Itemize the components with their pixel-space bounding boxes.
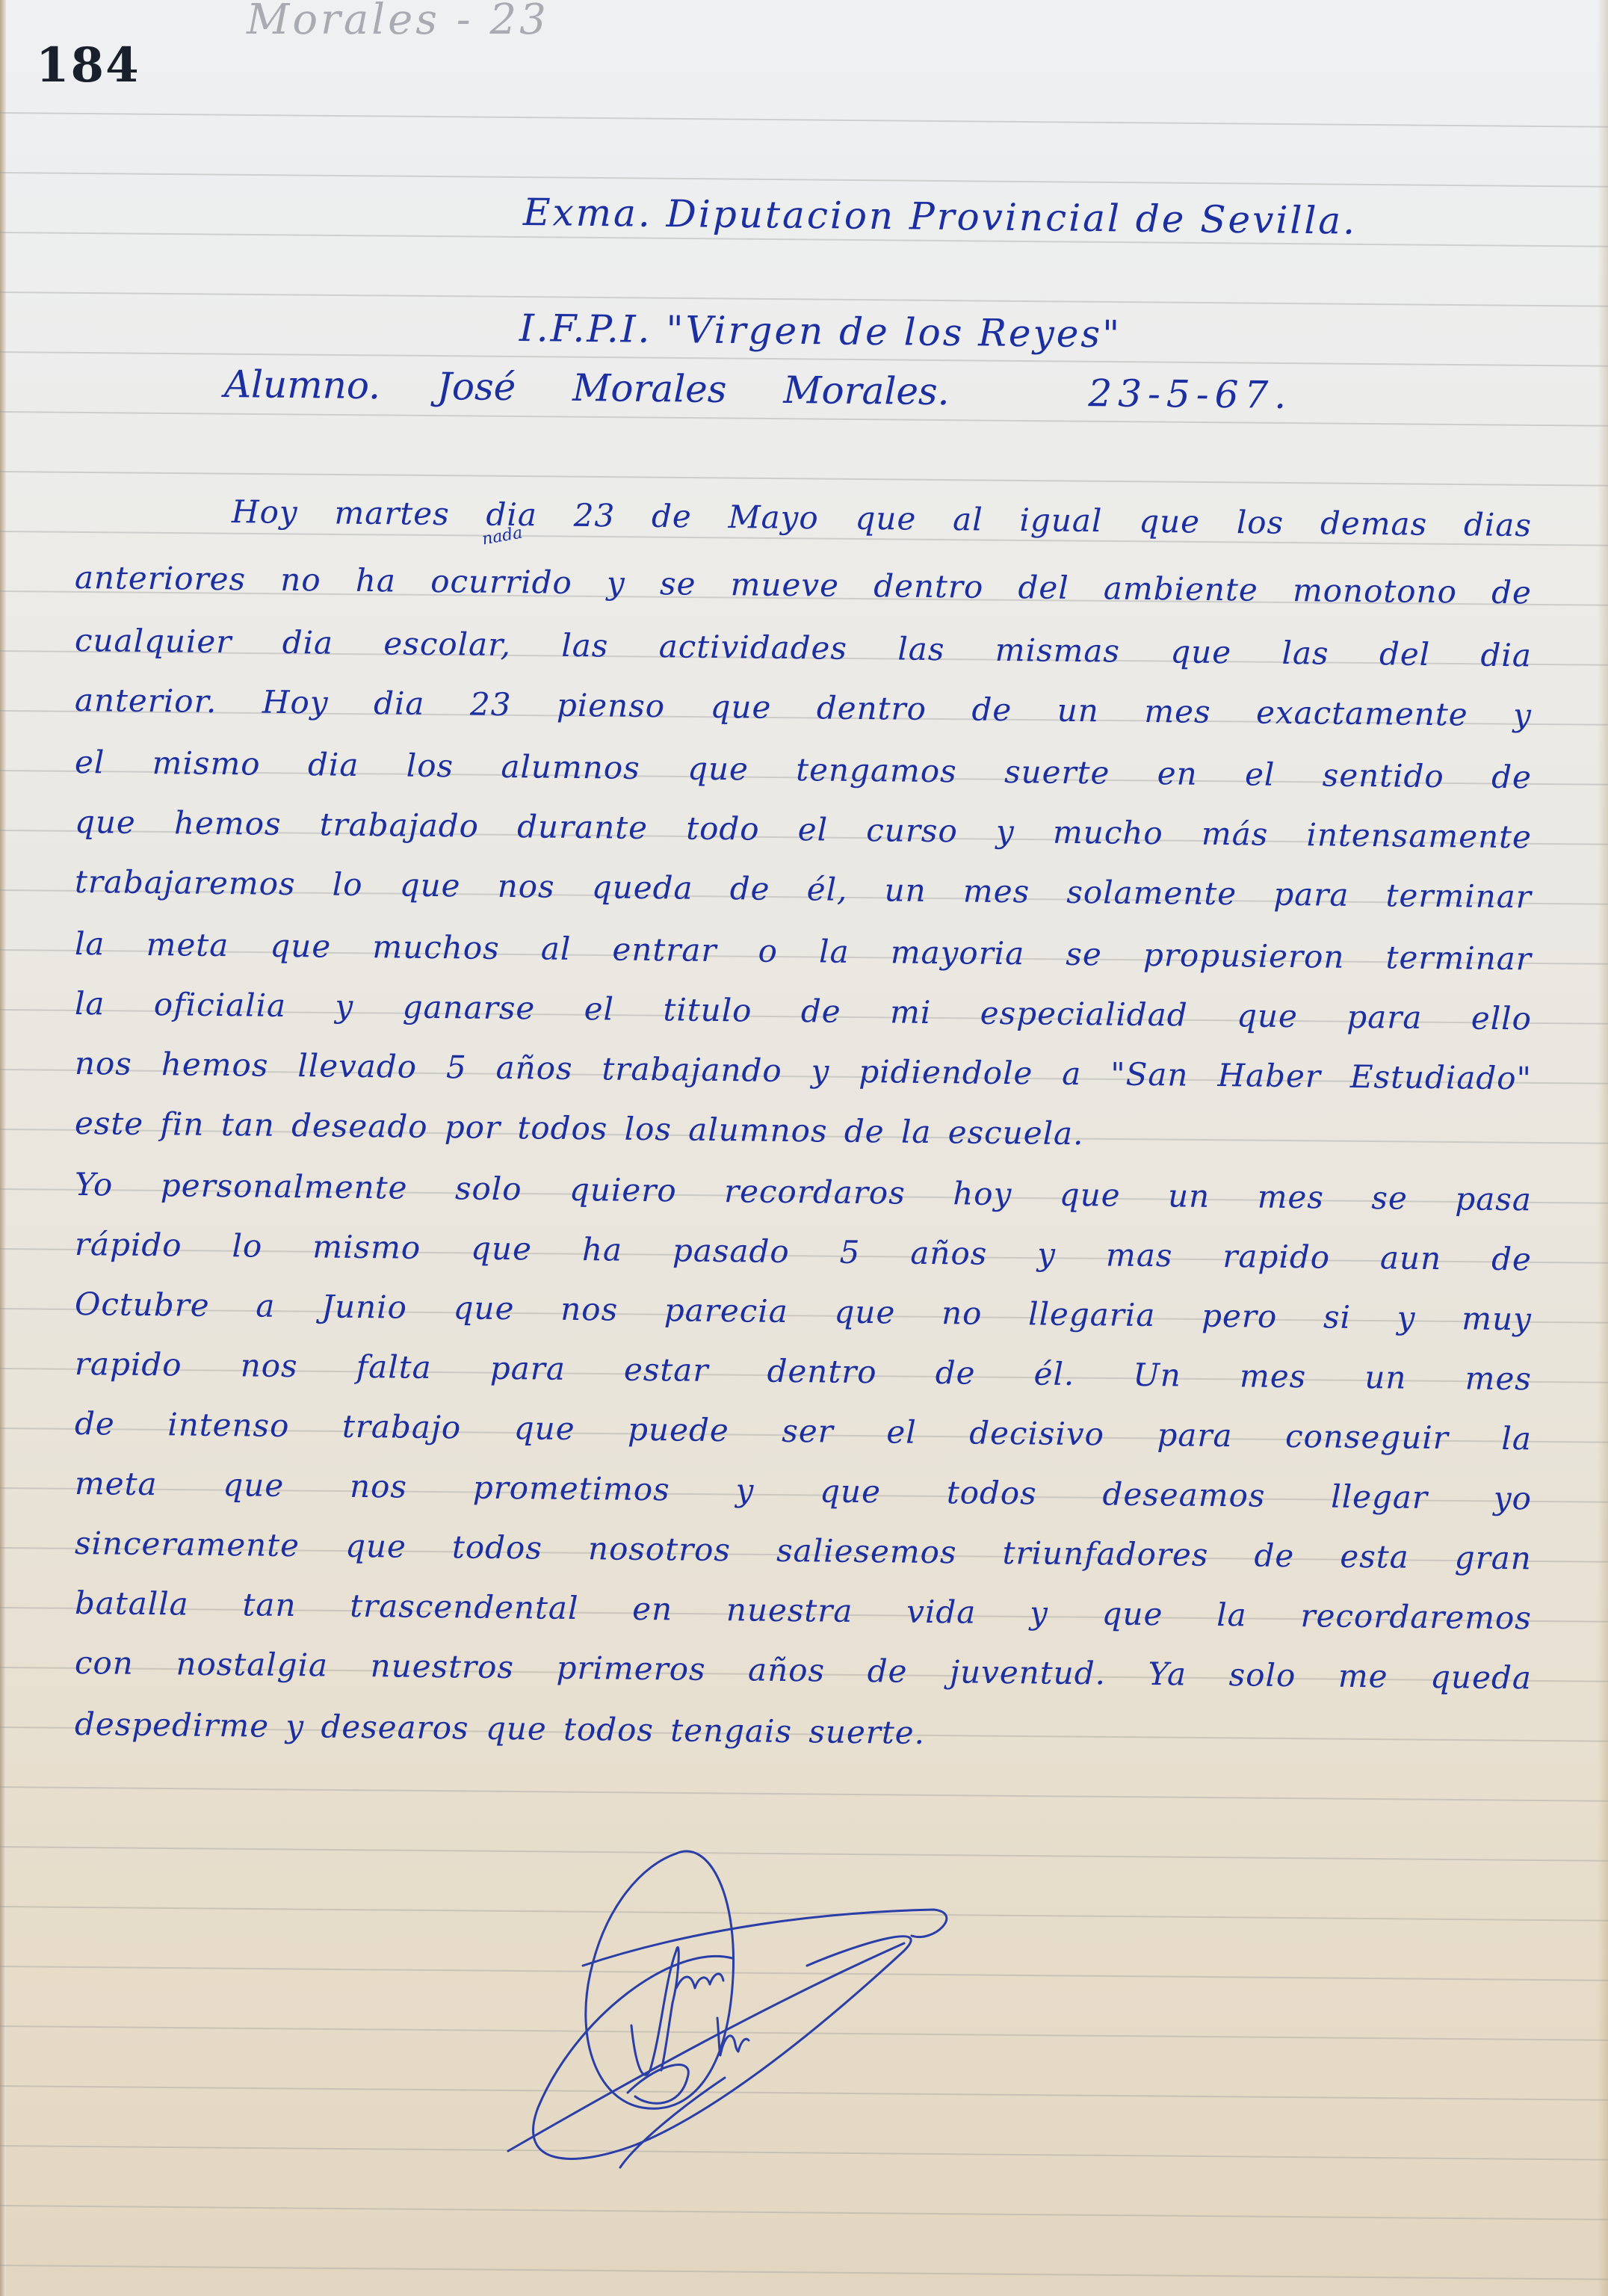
letter-date: 23-5-67.: [1088, 371, 1292, 417]
ruled-line: [0, 172, 1608, 188]
student-surname-1: Morales: [572, 366, 727, 411]
page-number-stamp: 184: [36, 37, 140, 93]
student-surname-2: Morales.: [783, 368, 950, 413]
school-heading: I.F.P.I. "Virgen de los Reyes": [519, 306, 1122, 356]
institution-heading: Exma. Diputacion Provincial de Sevilla.: [523, 191, 1358, 243]
ruled-line: [0, 411, 1608, 427]
ruled-line: [0, 291, 1608, 307]
ruled-line: [0, 471, 1608, 487]
signature-scribble: [486, 1794, 1009, 2227]
ruled-line: [0, 112, 1608, 128]
student-label: Alumno.: [224, 362, 381, 407]
ruled-line: [0, 2265, 1608, 2280]
student-first-name: José: [437, 365, 516, 409]
pencil-annotation: Morales - 23: [247, 0, 549, 44]
